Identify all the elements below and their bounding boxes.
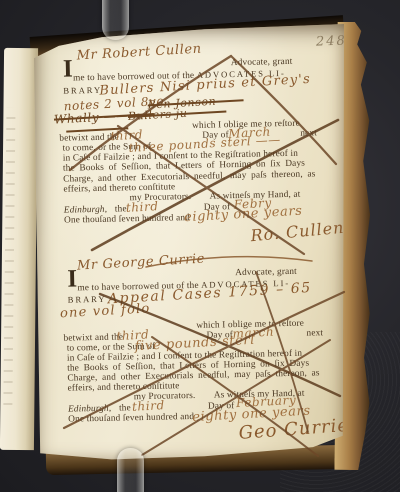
photo-of-ledger: 248. I Mr Robert Cullen Advocate, grant … <box>0 0 400 492</box>
holding-strap-bottom <box>117 448 144 492</box>
printed-advocate-grant: Advocate, grant <box>235 267 297 278</box>
dropcap-initial: I <box>67 266 77 291</box>
facing-page-sliver <box>0 48 38 450</box>
holding-strap-top <box>102 0 129 40</box>
printed-year-line: One thouſand ſeven hundred and <box>68 412 194 425</box>
showthrough-text-marks <box>3 108 15 408</box>
printed-next: next <box>306 328 323 338</box>
handwritten-borrower-name: Mr George Currie <box>77 251 206 273</box>
register-page: 248. I Mr Robert Cullen Advocate, grant … <box>34 24 344 462</box>
printed-the: the <box>119 403 131 413</box>
printed-brary: BRARY <box>68 294 107 305</box>
borrow-entry-currie: I Mr George Currie Advocate, grant me to… <box>34 21 353 465</box>
handwritten-sign-day: third <box>132 398 166 414</box>
